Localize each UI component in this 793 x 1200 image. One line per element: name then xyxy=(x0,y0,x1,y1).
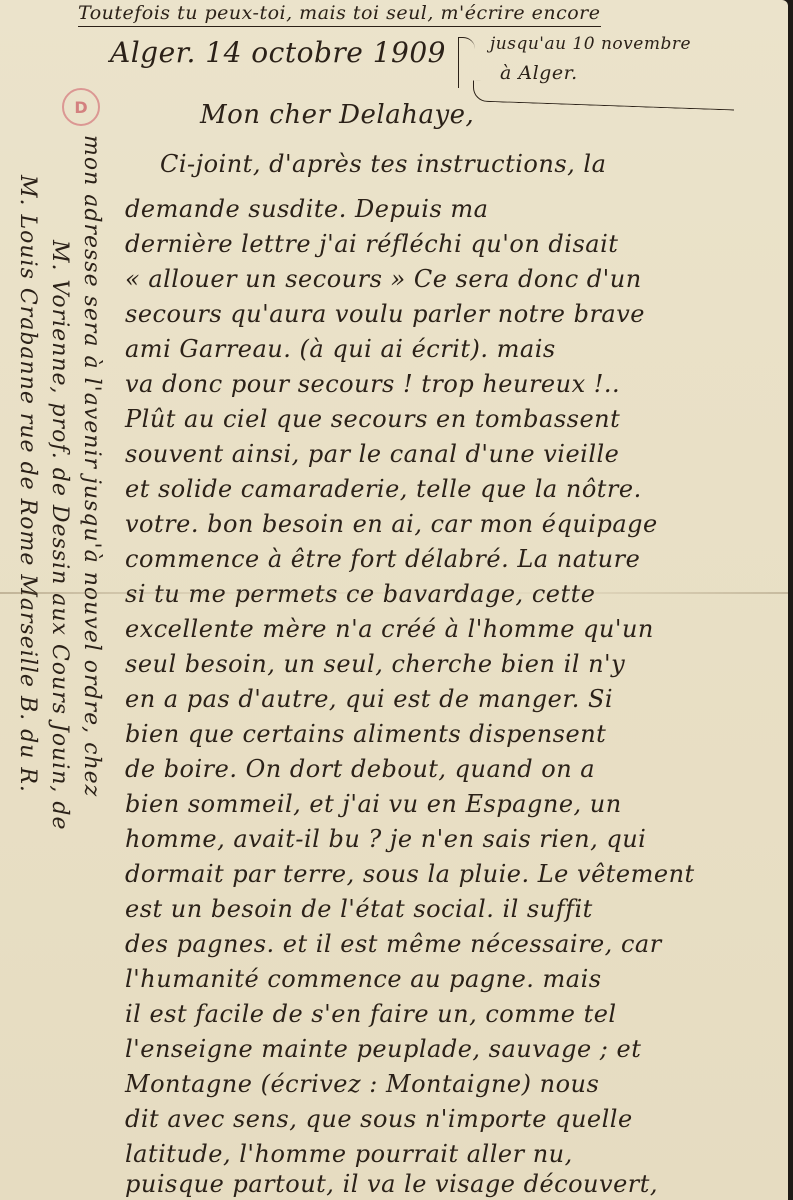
margin-note-line: M. Louis Crabanne rue de Rome Marseille … xyxy=(15,175,40,793)
body-line: seul besoin, un seul, cherche bien il n'… xyxy=(125,650,625,678)
body-line: l'enseigne mainte peuplade, sauvage ; et xyxy=(125,1035,641,1063)
postscript-bracket-tail xyxy=(473,80,734,110)
postscript-top: Toutefois tu peux-toi, mais toi seul, m'… xyxy=(78,2,601,27)
body-line: dernière lettre j'ai réfléchi qu'on disa… xyxy=(125,230,618,258)
postscript-side-line2: à Alger. xyxy=(500,62,578,84)
body-line: Montagne (écrivez : Montaigne) nous xyxy=(125,1070,599,1098)
margin-note-line: mon adresse sera à l'avenir jusqu'à nouv… xyxy=(79,135,104,797)
dateline: Alger. 14 octobre 1909 xyxy=(110,36,446,69)
body-line: en a pas d'autre, qui est de manger. Si xyxy=(125,685,613,713)
body-line: homme, avait-il bu ? je n'en sais rien, … xyxy=(125,825,646,853)
body-line: de boire. On dort debout, quand on a xyxy=(125,755,595,783)
postscript-side-line1: jusqu'au 10 novembre xyxy=(490,34,691,54)
stamp-glyph: D xyxy=(74,98,87,117)
body-line: des pagnes. et il est même nécessaire, c… xyxy=(125,930,662,958)
body-line: va donc pour secours ! trop heureux !.. xyxy=(125,370,620,398)
margin-note-line: M. Vorienne, prof. de Dessin aux Cours J… xyxy=(47,240,72,831)
body-line: demande susdite. Depuis ma xyxy=(125,195,488,223)
body-line: l'humanité commence au pagne. mais xyxy=(125,965,602,993)
body-line: excellente mère n'a créé à l'homme qu'un xyxy=(125,615,654,643)
body-line: il est facile de s'en faire un, comme te… xyxy=(125,1000,617,1028)
body-line: Ci-joint, d'après tes instructions, la xyxy=(160,150,606,178)
body-line: dormait par terre, sous la pluie. Le vêt… xyxy=(125,860,695,888)
archive-stamp: D xyxy=(62,88,100,126)
letter-page: D Toutefois tu peux-toi, mais toi seul, … xyxy=(0,0,788,1200)
body-line: et solide camaraderie, telle que la nôtr… xyxy=(125,475,642,503)
body-line: commence à être fort délabré. La nature xyxy=(125,545,640,573)
body-line: bien que certains aliments dispensent xyxy=(125,720,606,748)
body-line: puisque partout, il va le visage découve… xyxy=(125,1170,658,1198)
body-line: latitude, l'homme pourrait aller nu, xyxy=(125,1140,573,1168)
salutation: Mon cher Delahaye, xyxy=(200,100,474,130)
body-line: Plût au ciel que secours en tombassent xyxy=(125,405,620,433)
body-line: bien sommeil, et j'ai vu en Espagne, un xyxy=(125,790,622,818)
body-line: ami Garreau. (à qui ai écrit). mais xyxy=(125,335,556,363)
body-line: « allouer un secours » Ce sera donc d'un xyxy=(125,265,642,293)
body-line: est un besoin de l'état social. il suffi… xyxy=(125,895,593,923)
body-line: votre. bon besoin en ai, car mon équipag… xyxy=(125,510,658,538)
body-line: dit avec sens, que sous n'importe quelle xyxy=(125,1105,633,1133)
body-line: souvent ainsi, par le canal d'une vieill… xyxy=(125,440,619,468)
body-line: secours qu'aura voulu parler notre brave xyxy=(125,300,645,328)
body-line: si tu me permets ce bavardage, cette xyxy=(125,580,595,608)
